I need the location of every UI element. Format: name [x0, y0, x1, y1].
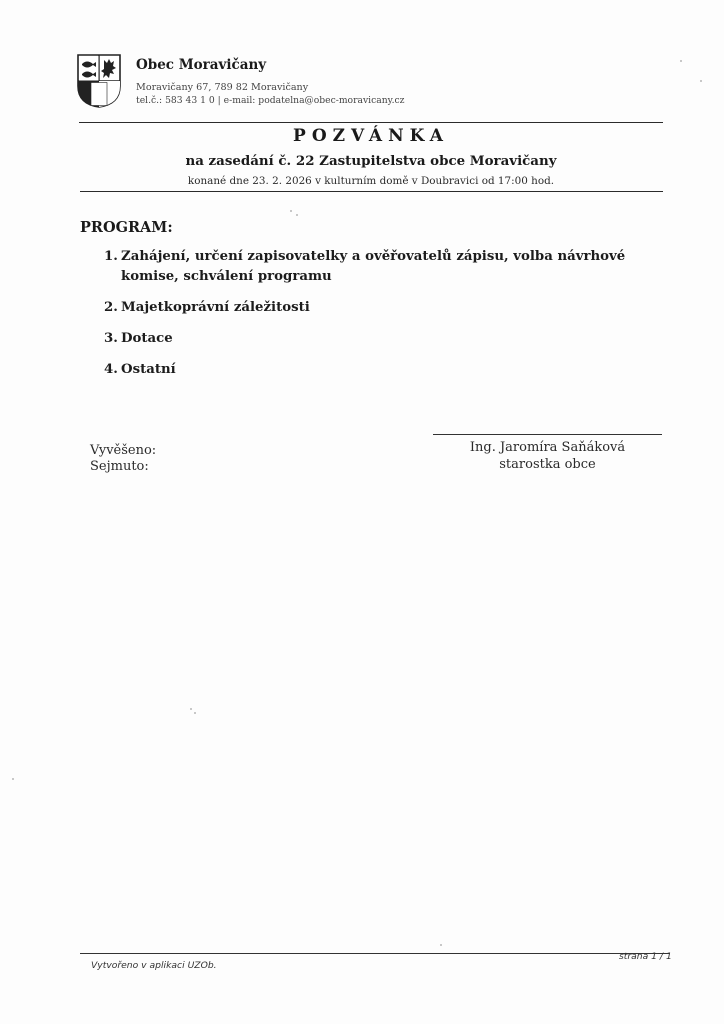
footer-created-with: Vytvořeno v aplikaci UZOb.: [91, 960, 217, 971]
scan-speck: [190, 708, 192, 710]
scan-speck: [296, 214, 298, 216]
scan-speck: [12, 778, 14, 780]
signatory-role: starostka obce: [433, 456, 662, 473]
meeting-info: konané dne 23. 2. 2026 v kulturním domě …: [0, 175, 724, 187]
agenda-item-number: 1.: [104, 247, 121, 287]
title-divider: [80, 191, 663, 192]
agenda-item: 1. Zahájení, určení zapisovatelky a ověř…: [104, 247, 664, 287]
agenda-item: 2. Majetkoprávní záležitosti: [104, 298, 664, 318]
agenda-item: 4. Ostatní: [104, 360, 664, 380]
coat-of-arms-icon: [77, 54, 121, 108]
footer-divider: [80, 953, 670, 954]
agenda-item-text: Majetkoprávní záležitosti: [121, 298, 664, 318]
agenda-item-text: Zahájení, určení zapisovatelky a ověřova…: [121, 247, 664, 287]
document-subtitle: na zasedání č. 22 Zastupitelstva obce Mo…: [0, 153, 724, 169]
signatory-name: Ing. Jaromíra Saňáková: [433, 439, 662, 456]
scan-speck: [290, 210, 292, 212]
org-name: Obec Moravičany: [136, 57, 266, 73]
agenda-item-number: 3.: [104, 329, 121, 349]
scan-speck: [680, 60, 682, 62]
posted-label: Vyvěšeno:: [90, 443, 156, 458]
removed-label: Sejmuto:: [90, 459, 149, 474]
agenda-item-number: 4.: [104, 360, 121, 380]
header-divider: [79, 122, 663, 123]
program-heading: PROGRAM:: [80, 219, 173, 236]
agenda-item-number: 2.: [104, 298, 121, 318]
agenda-item-text: Dotace: [121, 329, 664, 349]
scan-speck: [194, 712, 196, 714]
org-address: Moravičany 67, 789 82 Moravičany: [136, 82, 308, 93]
org-contact: tel.č.: 583 43 1 0 | e-mail: podatelna@o…: [136, 95, 405, 106]
scan-speck: [440, 944, 442, 946]
page-number: strana 1 / 1: [619, 951, 672, 962]
scan-speck: [700, 80, 702, 82]
signature-block: Ing. Jaromíra Saňáková starostka obce: [433, 439, 662, 473]
agenda-item-text: Ostatní: [121, 360, 664, 380]
agenda-item: 3. Dotace: [104, 329, 664, 349]
agenda-list: 1. Zahájení, určení zapisovatelky a ověř…: [104, 247, 664, 391]
document-title: POZVÁNKA: [0, 126, 724, 146]
signature-line: [433, 434, 662, 435]
